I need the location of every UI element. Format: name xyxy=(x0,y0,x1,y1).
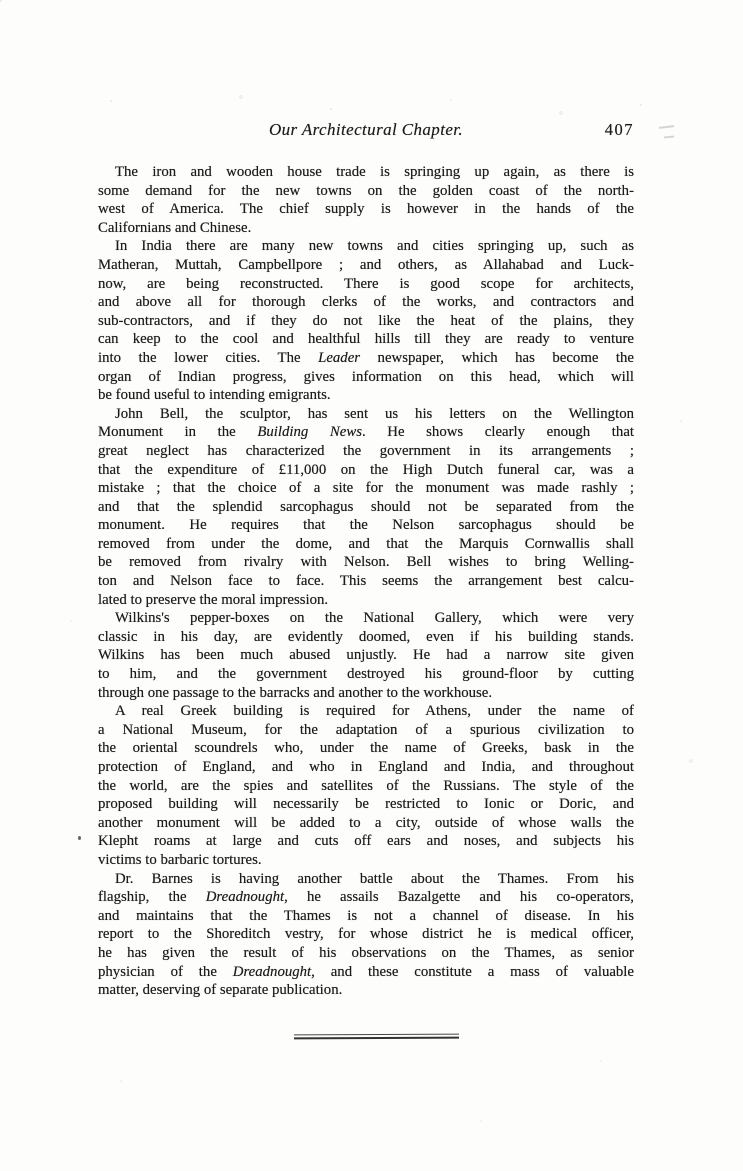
text-segment: removed from under the dome, and that th… xyxy=(98,536,634,552)
text-line: monument. He requires that the Nelson sa… xyxy=(98,516,634,535)
text-segment: ton and Nelson face to face. This seems … xyxy=(98,573,634,589)
text-line: In India there are many new towns and ci… xyxy=(98,237,634,256)
text-line: removed from under the dome, and that th… xyxy=(98,535,634,554)
text-line: physician of the Dreadnought, and these … xyxy=(98,963,634,982)
text-segment: proposed building will necessarily be re… xyxy=(98,796,634,812)
text-line: mistake ; that the choice of a site for … xyxy=(98,479,634,498)
running-header: Our Architectural Chapter. 407 xyxy=(98,120,634,142)
text-segment: Wilkins's pepper-boxes on the National G… xyxy=(115,610,634,626)
text-line: some demand for the new towns on the gol… xyxy=(98,182,634,201)
paragraph-2: In India there are many new towns and ci… xyxy=(98,237,634,404)
text-segment: through one passage to the barracks and … xyxy=(98,685,492,701)
paragraph-6: Dr. Barnes is having another battle abou… xyxy=(98,870,634,1000)
text-line: Wilkins has been much abused unjustly. H… xyxy=(98,646,634,665)
text-segment: matter, deserving of separate publicatio… xyxy=(98,982,342,998)
text-line: Dr. Barnes is having another battle abou… xyxy=(98,870,634,889)
text-line: great neglect has characterized the gove… xyxy=(98,442,634,461)
italic-text: Building News xyxy=(257,424,362,440)
text-segment: organ of Indian progress, gives informat… xyxy=(98,369,634,385)
text-segment: sub-contractors, and if they do not like… xyxy=(98,313,634,329)
text-segment: Dr. Barnes is having another battle abou… xyxy=(115,871,634,887)
text-segment: a National Museum, for the adaptation of… xyxy=(98,722,634,738)
text-segment: classic in his day, are evidently doomed… xyxy=(98,629,634,645)
text-segment: In India there are many new towns and ci… xyxy=(115,238,634,254)
text-line: victims to barbaric tortures. xyxy=(98,851,634,870)
text-line: Wilkins's pepper-boxes on the National G… xyxy=(98,609,634,628)
paragraph-4: Wilkins's pepper-boxes on the National G… xyxy=(98,609,634,702)
page-body: The iron and wooden house trade is sprin… xyxy=(98,163,634,1000)
text-line: he has given the result of his observati… xyxy=(98,944,634,963)
text-line: protection of England, and who in Englan… xyxy=(98,758,634,777)
text-segment: and above all for thorough clerks of the… xyxy=(98,294,634,310)
italic-text: Dreadnought xyxy=(206,889,284,905)
text-line: be found useful to intending emigrants. xyxy=(98,386,634,405)
text-segment: victims to barbaric tortures. xyxy=(98,852,262,868)
text-line: classic in his day, are evidently doomed… xyxy=(98,628,634,647)
text-segment: The iron and wooden house trade is sprin… xyxy=(115,164,634,180)
text-segment: west of America. The chief supply is how… xyxy=(98,201,634,217)
text-line: matter, deserving of separate publicatio… xyxy=(98,981,634,1000)
text-segment: John Bell, the sculptor, has sent us his… xyxy=(115,406,634,422)
text-segment: the world, are the spies and satellites … xyxy=(98,778,634,794)
text-segment: report to the Shoreditch vestry, for who… xyxy=(98,926,634,942)
text-line: now, are being reconstructed. There is g… xyxy=(98,275,634,294)
closing-rule xyxy=(294,1034,459,1040)
paragraph-3: John Bell, the sculptor, has sent us his… xyxy=(98,405,634,610)
text-segment: , he assails Bazalgette and his co-opera… xyxy=(284,889,634,905)
text-line: proposed building will necessarily be re… xyxy=(98,795,634,814)
text-segment: Wilkins has been much abused unjustly. H… xyxy=(98,647,634,663)
text-line: the world, are the spies and satellites … xyxy=(98,777,634,796)
text-line: lated to preserve the moral impression. xyxy=(98,591,634,610)
text-segment: some demand for the new towns on the gol… xyxy=(98,183,634,199)
paragraph-5: A real Greek building is required for At… xyxy=(98,702,634,869)
text-line: and that the splendid sarcophagus should… xyxy=(98,498,634,517)
text-segment: and maintains that the Thames is not a c… xyxy=(98,908,634,924)
text-line: can keep to the cool and healthful hills… xyxy=(98,330,634,349)
text-segment: Matheran, Muttah, Campbellpore ; and oth… xyxy=(98,257,634,273)
text-line: to him, and the government destroyed his… xyxy=(98,665,634,684)
text-line: sub-contractors, and if they do not like… xyxy=(98,312,634,331)
text-line: Monument in the Building News. He shows … xyxy=(98,423,634,442)
scan-speck xyxy=(78,836,81,840)
text-segment: the oriental scoundrels who, under the n… xyxy=(98,740,634,756)
text-line: another monument will be added to a city… xyxy=(98,814,634,833)
text-segment: be removed from rivalry with Nelson. Bel… xyxy=(98,554,634,570)
text-line: organ of Indian progress, gives informat… xyxy=(98,368,634,387)
paragraph-1: The iron and wooden house trade is sprin… xyxy=(98,163,634,237)
text-segment: another monument will be added to a city… xyxy=(98,815,634,831)
text-line: The iron and wooden house trade is sprin… xyxy=(98,163,634,182)
text-segment: newspaper, which has become the xyxy=(360,350,634,366)
text-segment: great neglect has characterized the gove… xyxy=(98,443,634,459)
scan-noise xyxy=(0,0,2,2)
text-segment: lated to preserve the moral impression. xyxy=(98,592,328,608)
text-line: Californians and Chinese. xyxy=(98,219,634,238)
text-segment: he has given the result of his observati… xyxy=(98,945,634,961)
scanned-document-page: Our Architectural Chapter. 407 The iron … xyxy=(0,0,743,1171)
text-line: and above all for thorough clerks of the… xyxy=(98,293,634,312)
text-segment: Monument in the xyxy=(98,424,257,440)
text-segment: protection of England, and who in Englan… xyxy=(98,759,634,775)
text-line: be removed from rivalry with Nelson. Bel… xyxy=(98,553,634,572)
text-segment: Klepht roams at large and cuts off ears … xyxy=(98,833,634,849)
text-line: and maintains that the Thames is not a c… xyxy=(98,907,634,926)
text-line: that the expenditure of £11,000 on the H… xyxy=(98,461,634,480)
text-line: Matheran, Muttah, Campbellpore ; and oth… xyxy=(98,256,634,275)
text-line: into the lower cities. The Leader newspa… xyxy=(98,349,634,368)
text-line: report to the Shoreditch vestry, for who… xyxy=(98,925,634,944)
text-line: ton and Nelson face to face. This seems … xyxy=(98,572,634,591)
italic-text: Dreadnought xyxy=(233,964,311,980)
text-segment: to him, and the government destroyed his… xyxy=(98,666,634,682)
text-segment: can keep to the cool and healthful hills… xyxy=(98,331,634,347)
text-segment: be found useful to intending emigrants. xyxy=(98,387,331,403)
text-line: John Bell, the sculptor, has sent us his… xyxy=(98,405,634,424)
page-number: 407 xyxy=(605,120,634,140)
text-segment: A real Greek building is required for At… xyxy=(115,703,634,719)
text-segment: Californians and Chinese. xyxy=(98,220,251,236)
text-segment: monument. He requires that the Nelson sa… xyxy=(98,517,634,533)
text-line: a National Museum, for the adaptation of… xyxy=(98,721,634,740)
scan-mark xyxy=(659,125,674,129)
text-segment: and that the splendid sarcophagus should… xyxy=(98,499,634,515)
text-line: A real Greek building is required for At… xyxy=(98,702,634,721)
text-line: the oriental scoundrels who, under the n… xyxy=(98,739,634,758)
text-segment: that the expenditure of £11,000 on the H… xyxy=(98,462,634,478)
text-line: flagship, the Dreadnought, he assails Ba… xyxy=(98,888,634,907)
text-segment: flagship, the xyxy=(98,889,206,905)
italic-text: Leader xyxy=(318,350,360,366)
text-line: Klepht roams at large and cuts off ears … xyxy=(98,832,634,851)
text-segment: physician of the xyxy=(98,964,233,980)
text-segment: mistake ; that the choice of a site for … xyxy=(98,480,634,496)
text-segment: . He shows clearly enough that xyxy=(362,424,634,440)
text-line: west of America. The chief supply is how… xyxy=(98,200,634,219)
page-title: Our Architectural Chapter. xyxy=(98,120,634,140)
text-segment: , and these constitute a mass of valuabl… xyxy=(311,964,634,980)
text-line: through one passage to the barracks and … xyxy=(98,684,634,703)
scan-mark xyxy=(664,136,674,139)
text-segment: into the lower cities. The xyxy=(98,350,318,366)
text-segment: now, are being reconstructed. There is g… xyxy=(98,276,634,292)
